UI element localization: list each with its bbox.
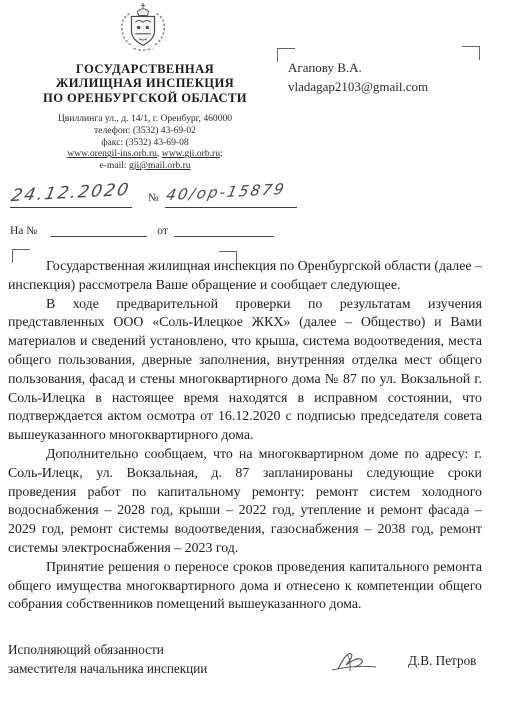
paragraph-inspection-findings: В ходе предварительной проверки по резул… bbox=[8, 296, 482, 446]
signer-name: Д.В. Петров bbox=[408, 653, 476, 669]
org-name-line1: ГОСУДАРСТВЕННАЯ bbox=[10, 62, 280, 76]
paragraph-decision-competence: Принятие решения о переносе сроков прове… bbox=[8, 559, 482, 615]
number-sign: № bbox=[148, 192, 159, 204]
org-fax: факс: (3532) 43-69-08 bbox=[10, 137, 280, 149]
org-websites: www.orengil-ins.orb.ru, www.gji.orb.ru; bbox=[10, 148, 280, 160]
signature-scribble bbox=[330, 645, 386, 680]
org-website-2: www.gji.orb.ru bbox=[162, 148, 220, 159]
paragraph-intro: Государственная жилищная инспекция по Ор… bbox=[8, 258, 482, 296]
org-phone: телефон: (3532) 43-69-02 bbox=[10, 125, 280, 137]
org-name-line2: ЖИЛИЩНАЯ ИНСПЕКЦИЯ bbox=[10, 76, 280, 90]
letter-body: Государственная жилищная инспекция по Ор… bbox=[8, 258, 482, 615]
outgoing-number-handwritten: 40/ор-15879 bbox=[165, 180, 288, 204]
orenburg-region-coat-of-arms-icon bbox=[114, 2, 172, 59]
org-email: gji@mail.orb.ru bbox=[129, 160, 191, 171]
org-website-end: ; bbox=[220, 148, 223, 159]
outgoing-date-handwritten: 24.12.2020 bbox=[9, 180, 132, 206]
paragraph-repair-schedule: Дополнительно сообщаем, что на многоквар… bbox=[8, 446, 482, 559]
reply-date-blank bbox=[174, 224, 274, 237]
org-address: Цвиллинга ул., д. 14/1, г. Оренбург, 460… bbox=[10, 113, 280, 125]
signer-position-line2: заместителя начальника инспекции bbox=[8, 660, 207, 679]
addressee-name: Агапову В.А. bbox=[288, 58, 478, 77]
reply-label-ot: от bbox=[157, 225, 168, 237]
addressee-email: vladagap2103@gmail.com bbox=[288, 77, 478, 96]
addressee-block: Агапову В.А. vladagap2103@gmail.com bbox=[288, 58, 478, 96]
org-email-label: e-mail: bbox=[99, 160, 129, 171]
reply-label-na: На № bbox=[10, 225, 37, 237]
signer-position-line1: Исполняющий обязанности bbox=[8, 641, 207, 660]
reply-reference-row: На №от bbox=[10, 224, 274, 237]
org-name-line3: ПО ОРЕНБУРГСКОЙ ОБЛАСТИ bbox=[10, 91, 280, 105]
signer-position: Исполняющий обязанности заместителя нача… bbox=[8, 641, 207, 678]
outgoing-number-field: 40/ор-15879 bbox=[165, 183, 297, 208]
org-email-line: e-mail: gji@mail.orb.ru bbox=[10, 160, 280, 172]
organization-contacts: Цвиллинга ул., д. 14/1, г. Оренбург, 460… bbox=[10, 113, 280, 172]
reply-number-blank bbox=[51, 224, 147, 237]
org-website-1: www.orengil-ins.orb.ru bbox=[67, 148, 157, 159]
scanned-letter-page: ГОСУДАРСТВЕННАЯ ЖИЛИЩНАЯ ИНСПЕКЦИЯ ПО ОР… bbox=[0, 0, 510, 701]
outgoing-date-field: 24.12.2020 bbox=[10, 183, 132, 208]
organization-name: ГОСУДАРСТВЕННАЯ ЖИЛИЩНАЯ ИНСПЕКЦИЯ ПО ОР… bbox=[10, 62, 280, 105]
